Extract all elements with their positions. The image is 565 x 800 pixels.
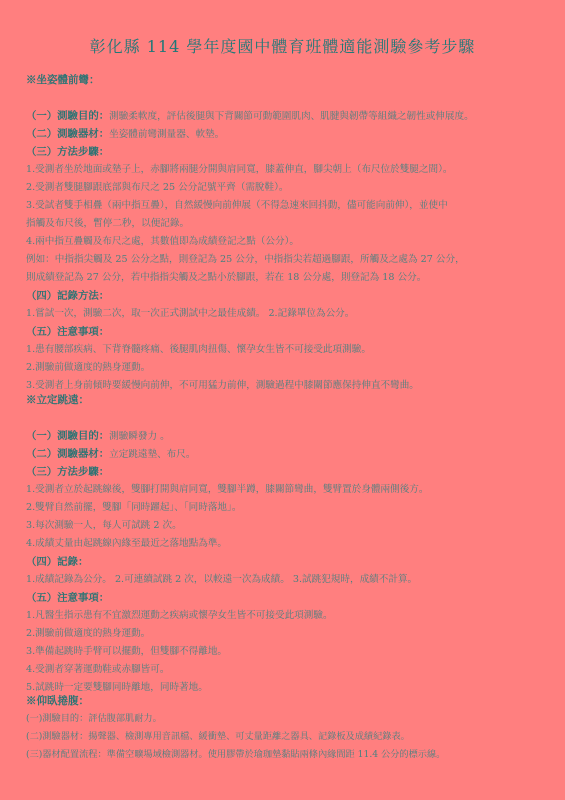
- section-heading: ※坐姿體前彎：: [26, 71, 545, 89]
- method-step: 3.受試者雙手相疊（兩中指互疊），自然緩慢向前伸展（不得急速來回抖動，儘可能向前…: [26, 197, 545, 215]
- method-step: 3.每次測驗一人，每人可試跳 2 次。: [26, 517, 545, 535]
- record-item: 1.嘗試一次，測驗二次，取一次正式測試中之最佳成績。 2.記錄單位為公分。: [26, 305, 545, 323]
- record-item: 1.成績記錄為公分。 2.可連續試跳 2 次，以較遠一次為成績。 3.試跳犯規時…: [26, 571, 545, 589]
- document-page: 彰化縣 114 學年度國中體育班體適能測驗參考步驟 ※坐姿體前彎： （一）測驗目…: [0, 0, 565, 800]
- note-item: 1.患有腰部疾病、下背脊髓疼痛、後腿肌肉扭傷、懷孕女生皆不可接受此項測驗。: [26, 341, 545, 359]
- page-title: 彰化縣 114 學年度國中體育班體適能測驗參考步驟: [0, 34, 565, 57]
- purpose-label: （一）測驗目的：: [26, 430, 109, 442]
- note-item: 4.受測者穿著運動鞋或赤腳皆可。: [26, 661, 545, 679]
- method-step: 4.兩中指互疊觸及布尺之處，其數值即為成績登記之點（公分）。: [26, 233, 545, 251]
- equipment-text: 坐姿體前彎測量器、軟墊。: [109, 129, 224, 140]
- section-heading: ※立定跳遠：: [26, 391, 545, 409]
- method-step: 則成績登記為 27 公分，若中指指尖觸及之點小於腳跟，若在 18 公分處，則登記…: [26, 269, 545, 287]
- equipment-text: 立定跳遠墊、布尺。: [109, 449, 195, 460]
- section-standing-long-jump: ※立定跳遠： （一）測驗目的：測驗瞬發力 。 （二）測驗器材：立定跳遠墊、布尺。…: [26, 391, 545, 697]
- record-label: （四）記錄方法：: [26, 287, 545, 305]
- note-item: 3.準備起跳時手臂可以擺動，但雙腳不得離地。: [26, 643, 545, 661]
- section-sit-and-reach: ※坐姿體前彎： （一）測驗目的：測驗柔軟度，評估後腿與下背關節可動範圍肌肉、肌腱…: [26, 71, 545, 395]
- curl-up-item: (二)測驗器材：揚聲器、檢測專用音訊檔、緩衝墊、可丈量距離之器具、記錄板及成績紀…: [26, 728, 545, 746]
- method-step: 2.雙臂自然前擺，雙腳「同時躍起」、「同時落地」。: [26, 499, 545, 517]
- method-step: 指觸及布尺後，暫停二秒，以便記錄。: [26, 215, 545, 233]
- section-heading: ※仰臥捲腹：: [26, 692, 545, 710]
- method-step: 例如：中指指尖觸及 25 公分之點，則登記為 25 公分，中指指尖若超過腳跟，所…: [26, 251, 545, 269]
- method-label: （三）方法步驟：: [26, 143, 545, 161]
- equipment-line: （二）測驗器材：立定跳遠墊、布尺。: [26, 445, 545, 463]
- note-item: 2.測驗前做適度的熱身運動。: [26, 359, 545, 377]
- purpose-text: 測驗柔軟度，評估後腿與下背關節可動範圍肌肉、肌腱與韌帶等組織之韌性或伸展度。: [109, 111, 474, 122]
- curl-up-item: (三)器材配置流程：準備空曠場域檢測器材。使用膠帶於瑜珈墊黏貼兩條內緣間距 11…: [26, 746, 545, 764]
- equipment-label: （二）測驗器材：: [26, 448, 109, 460]
- equipment-label: （二）測驗器材：: [26, 128, 109, 140]
- purpose-line: （一）測驗目的：測驗柔軟度，評估後腿與下背關節可動範圍肌肉、肌腱與韌帶等組織之韌…: [26, 107, 545, 125]
- method-step: 2.受測者雙腿腳跟底部與布尺之 25 公分記號平齊（需脫鞋）。: [26, 179, 545, 197]
- purpose-text: 測驗瞬發力 。: [109, 431, 170, 442]
- notes-label: （五）注意事項：: [26, 323, 545, 341]
- equipment-line: （二）測驗器材：坐姿體前彎測量器、軟墊。: [26, 125, 545, 143]
- curl-up-item: (一)測驗目的：評估腹部肌耐力。: [26, 710, 545, 728]
- purpose-line: （一）測驗目的：測驗瞬發力 。: [26, 427, 545, 445]
- method-step: 1.受測者坐於地面或墊子上，赤腳將兩腿分開與肩同寬，膝蓋伸直，腳尖朝上（布尺位於…: [26, 161, 545, 179]
- record-label: （四）記錄：: [26, 553, 545, 571]
- notes-label: （五）注意事項：: [26, 589, 545, 607]
- purpose-label: （一）測驗目的：: [26, 110, 109, 122]
- method-step: 1.受測者立於起跳線後，雙腳打開與肩同寬，雙腳半蹲，膝關節彎曲，雙臂置於身體兩側…: [26, 481, 545, 499]
- method-label: （三）方法步驟：: [26, 463, 545, 481]
- note-item: 2.測驗前做適度的熱身運動。: [26, 625, 545, 643]
- method-step: 4.成績丈量由起跳線內緣至最近之落地點為準。: [26, 535, 545, 553]
- section-curl-up: ※仰臥捲腹： (一)測驗目的：評估腹部肌耐力。 (二)測驗器材：揚聲器、檢測專用…: [26, 692, 545, 764]
- note-item: 1.凡醫生指示患有不宜激烈運動之疾病或懷孕女生皆不可接受此項測驗。: [26, 607, 545, 625]
